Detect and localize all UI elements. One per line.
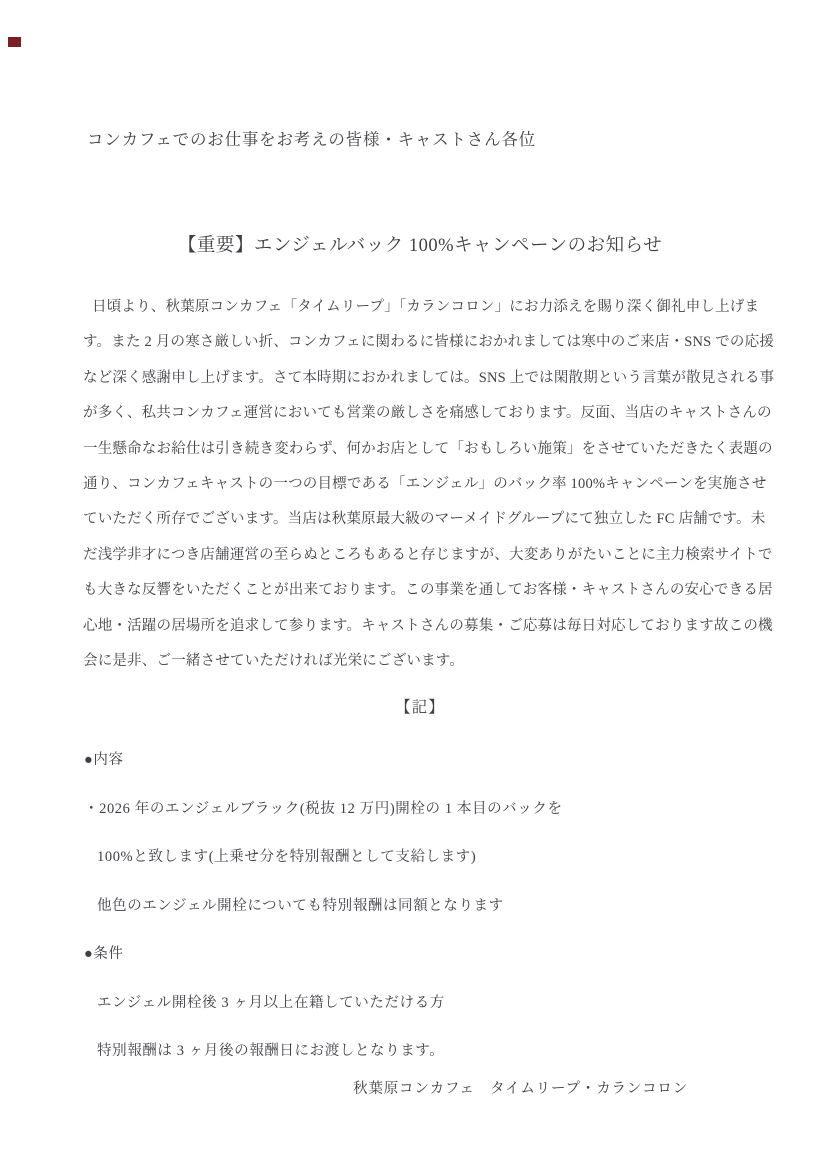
body-line: ていただく所存でございます。当店は秋葉原最大級のマーメイドグループにて独立した … (83, 502, 744, 537)
list-line: 特別報酬は 3 ヶ月後の報酬日にお渡しとなります。 (84, 1034, 744, 1069)
signature: 秋葉原コンカフェ タイムリープ・カランコロン (353, 1078, 688, 1100)
list-line: 他色のエンジェル開栓についても特別報酬は同額となります (84, 889, 744, 924)
body-line: も大きな反響をいただくことが出来ております。この事業を通してお客様・キャストさん… (83, 573, 744, 608)
body-line: が多く、私共コンカフェ運営においても営業の厳しさを痛感しております。反面、当店の… (83, 396, 744, 431)
page-title: 【重要】エンジェルバック 100%キャンペーンのお知らせ (0, 231, 840, 257)
list-line: ●条件 (84, 937, 744, 972)
list-line: ●内容 (84, 743, 744, 778)
body-line: 日頃より、秋葉原コンカフェ「タイムリープ」「カランコロン」にお力添えを賜り深く御… (83, 290, 744, 325)
body-line: だ浅学非才につき店舗運営の至らぬところもあると存じますが、大変ありがたいことに主… (83, 538, 744, 573)
corner-red-mark (8, 37, 21, 47)
details-list: ●内容・2026 年のエンジェルブラック(税抜 12 万円)開栓の 1 本目のバ… (84, 743, 744, 1083)
list-line: エンジェル開栓後 3 ヶ月以上在籍していただける方 (84, 986, 744, 1021)
body-line: 心地・活躍の居場所を追求して参ります。キャストさんの募集・ご応募は毎日対応してお… (83, 609, 744, 644)
list-line: 100%と致します(上乗せ分を特別報酬として支給します) (84, 840, 744, 875)
note-heading: 【記】 (0, 695, 840, 717)
body-line: 通り、コンカフェキャストの一つの目標である「エンジェル」のバック率 100%キャ… (83, 467, 744, 502)
recipient-line: コンカフェでのお仕事をお考えの皆様・キャストさん各位 (87, 129, 536, 151)
body-line: など深く感謝申し上げます。さて本時期におかれましては。SNS 上では閑散期という… (83, 361, 744, 396)
list-line: ・2026 年のエンジェルブラック(税抜 12 万円)開栓の 1 本目のバックを (84, 792, 744, 827)
body-line: 一生懸命なお給仕は引き続き変わらず、何かお店として「おもしろい施策」をさせていた… (83, 432, 744, 467)
body-paragraph: 日頃より、秋葉原コンカフェ「タイムリープ」「カランコロン」にお力添えを賜り深く御… (83, 290, 744, 679)
document-page: コンカフェでのお仕事をお考えの皆様・キャストさん各位 【重要】エンジェルバック … (0, 0, 840, 1162)
body-line: 会に是非、ご一緒させていただければ光栄にございます。 (83, 644, 744, 679)
body-line: す。また 2 月の寒さ厳しい折、コンカフェに関わるに皆様におかれましては寒中のご… (83, 325, 744, 360)
